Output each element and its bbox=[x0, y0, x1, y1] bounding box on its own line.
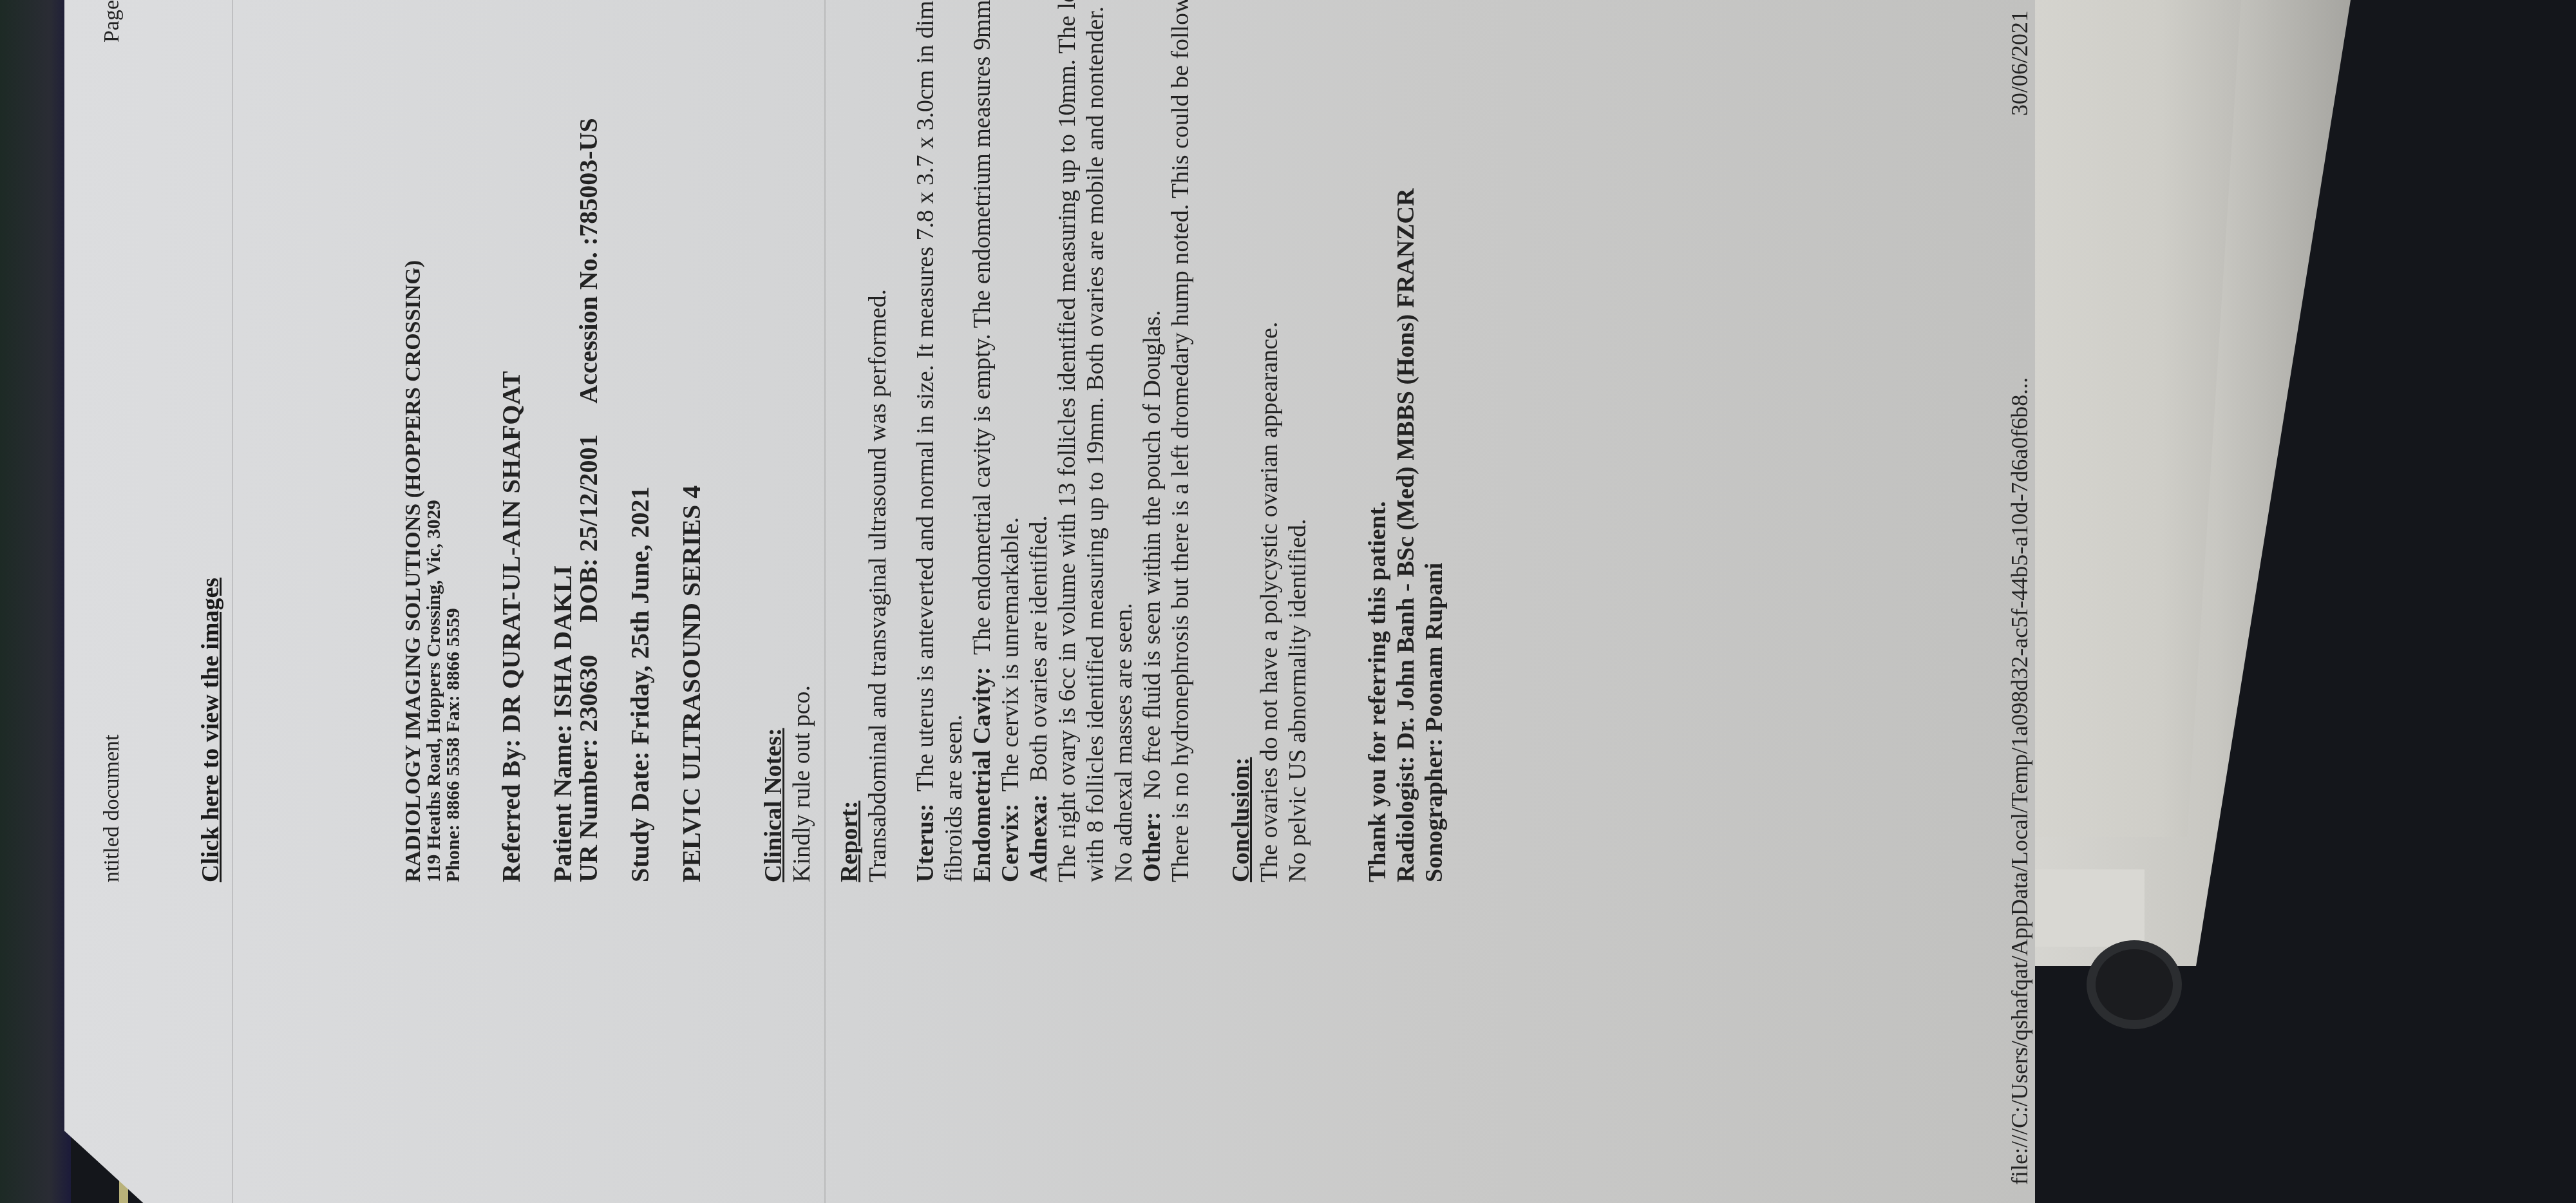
accession-number: Accession No. :785003-US bbox=[574, 118, 603, 403]
patient-ids: UR Number: 230630 DOB: 25/12/2001 Access… bbox=[573, 0, 605, 882]
adnexa-section: Adnexa: Both ovaries are identified. bbox=[1025, 0, 1053, 882]
cervix-section: Cervix: The cervix is unremarkable. bbox=[996, 0, 1025, 882]
background-cable bbox=[2087, 940, 2182, 1029]
ur-number: UR Number: 230630 bbox=[574, 655, 603, 882]
masses-text: No adnexal masses are seen. bbox=[1110, 0, 1138, 882]
conclusion-line-1: The ovaries do not have a polycystic ova… bbox=[1255, 0, 1283, 882]
radiologist: Radiologist: Dr. John Banh - BSc (Med) M… bbox=[1392, 0, 1420, 882]
document-header: ntitled document Page bbox=[100, 0, 138, 1185]
kidney-text: There is no hydronephrosis but there is … bbox=[1166, 0, 1195, 882]
other-label: Other: bbox=[1139, 811, 1166, 882]
page-label: Page bbox=[100, 0, 124, 43]
report-intro: Transabdominal and transvaginal ultrasou… bbox=[864, 0, 892, 882]
conclusion-heading: Conclusion: bbox=[1227, 0, 1255, 882]
print-date: 30/06/2021 bbox=[2006, 10, 2033, 116]
file-path: file:///C:/Users/qshafqat/AppData/Local/… bbox=[2006, 377, 2033, 1185]
uterus-text: The uterus is anteverted and normal in s… bbox=[912, 0, 967, 882]
study-date: Study Date: Friday, 25th June, 2021 bbox=[624, 0, 656, 882]
clinic-phone: Phone: 8866 5558 Fax: 8866 5559 bbox=[444, 0, 463, 882]
uterus-section: Uterus: The uterus is anteverted and nor… bbox=[911, 0, 968, 882]
endometrial-text: The endometrial cavity is empty. The end… bbox=[969, 0, 996, 655]
sonographer: Sonographer: Poonam Rupani bbox=[1420, 0, 1448, 882]
document-title: ntitled document bbox=[100, 735, 124, 882]
view-images-link[interactable]: Click here to view the images bbox=[196, 578, 225, 882]
dob: DOB: 25/12/2001 bbox=[574, 434, 603, 622]
report-body: RADIOLOGY IMAGING SOLUTIONS (HOPPERS CRO… bbox=[402, 0, 1448, 882]
other-section: Other: No free fluid is seen within the … bbox=[1138, 0, 1166, 882]
clinical-notes-text: Kindly rule out pco. bbox=[788, 0, 816, 882]
endometrial-section: Endometrial Cavity: The endometrial cavi… bbox=[968, 0, 996, 882]
clinic-name: RADIOLOGY IMAGING SOLUTIONS (HOPPERS CRO… bbox=[402, 0, 424, 882]
study-series: PELVIC ULTRASOUND SERIES 4 bbox=[676, 0, 708, 882]
referred-by: Referred By: DR QURAT-UL-AIN SHAFQAT bbox=[495, 0, 527, 882]
report-heading: Report: bbox=[835, 0, 864, 882]
endometrial-label: Endometrial Cavity: bbox=[969, 667, 996, 882]
conclusion-line-2: No pelvic US abnormality identified. bbox=[1283, 0, 1312, 882]
cervix-label: Cervix: bbox=[997, 804, 1024, 882]
uterus-label: Uterus: bbox=[912, 804, 939, 882]
clinical-notes-heading: Clinical Notes: bbox=[759, 0, 788, 882]
adnexa-text: Both ovaries are identified. bbox=[1025, 515, 1052, 782]
adnexa-label: Adnexa: bbox=[1025, 794, 1052, 882]
thanks-text: Thank you for referring this patient. bbox=[1363, 0, 1392, 882]
other-text: No free fluid is seen within the pouch o… bbox=[1139, 310, 1166, 799]
clinic-info: RADIOLOGY IMAGING SOLUTIONS (HOPPERS CRO… bbox=[402, 0, 463, 882]
document-content: ntitled document Page Click here to view… bbox=[100, 0, 2064, 1185]
cervix-text: The cervix is unremarkable. bbox=[997, 517, 1024, 791]
background-dark-edge bbox=[0, 0, 71, 1203]
clinic-address: 119 Heaths Road, Hoppers Crossing, Vic, … bbox=[424, 0, 444, 882]
ovaries-text: The right ovary is 6cc in volume with 13… bbox=[1053, 0, 1110, 882]
